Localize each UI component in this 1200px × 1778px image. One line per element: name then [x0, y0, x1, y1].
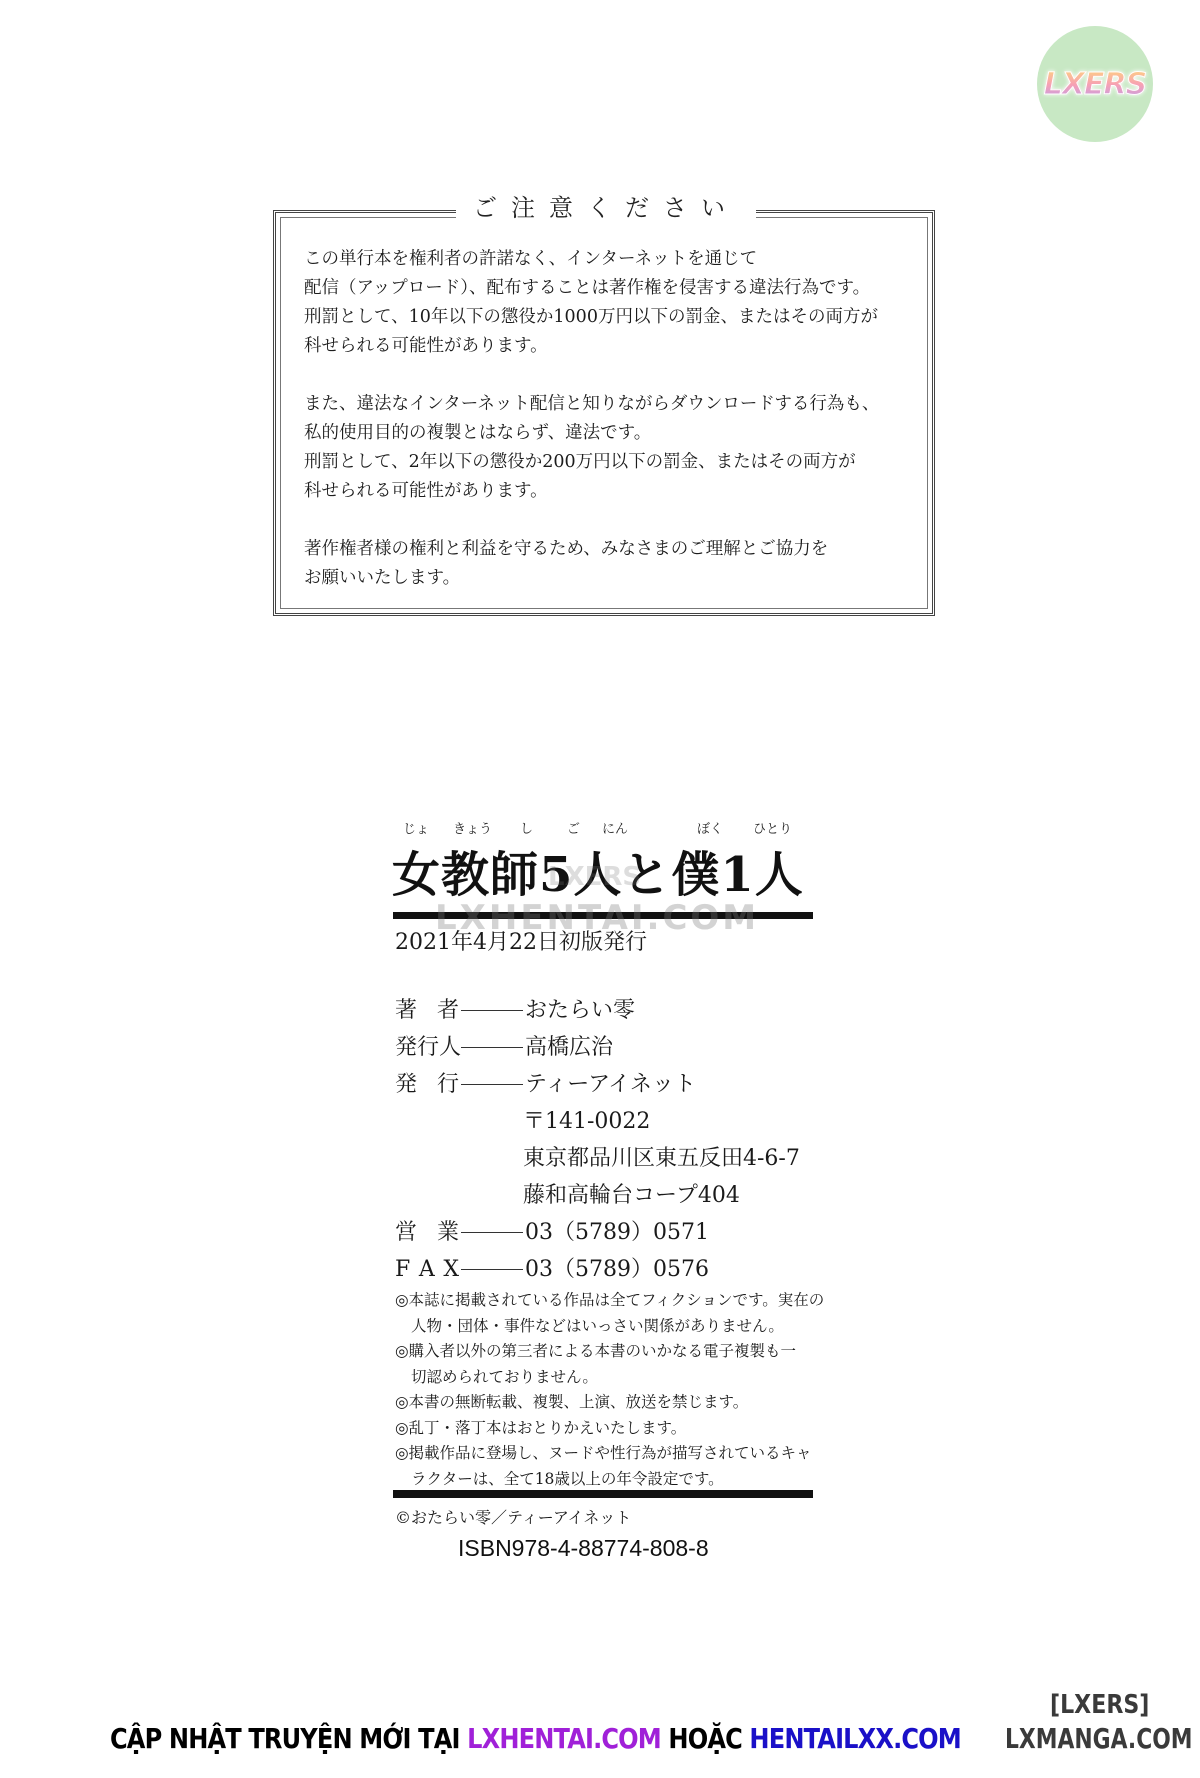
notice-line: 配信（アップロード）、配布することは著作権を侵害する違法行為です。 — [304, 274, 916, 303]
furigana-kyou: きょう — [453, 818, 492, 837]
notice-line: 著作権者様の権利と利益を守るため、みなさまのご理解とご協力を — [304, 535, 916, 564]
notice-paragraph-1: この単行本を権利者の許諾なく、インターネットを通じて 配信（アップロード）、配布… — [304, 245, 916, 361]
publisher-person-name: 高橋広治 — [525, 1029, 613, 1066]
isbn: ISBN978-4-88774-808-8 — [458, 1535, 709, 1562]
notice-line: 刑罰として、10年以下の懲役か1000万円以下の罰金、またはその両方が — [304, 303, 916, 332]
fax-row: FAX 03（5789）0576 — [395, 1251, 800, 1288]
corner-site-watermark: LXMANGA.COM — [1005, 1722, 1193, 1755]
banner-link-hentailxx[interactable]: HENTAILXX.COM — [749, 1722, 960, 1755]
publisher-row: 発行 ティーアイネット — [395, 1066, 800, 1103]
notice-line: この単行本を権利者の許諾なく、インターネットを通じて — [304, 245, 916, 274]
note-line: 人物・団体・事件などはいっさい関係がありません。 — [395, 1314, 824, 1340]
furigana-jo: じょ — [403, 818, 429, 837]
furigana-hitori: ひとり — [753, 818, 792, 837]
dash-divider — [461, 1047, 523, 1048]
fax-number: 03（5789）0576 — [525, 1251, 709, 1288]
promo-banner: CẬP NHẬT TRUYỆN MỚI TẠI LXHENTAI.COM HOẶ… — [110, 1722, 961, 1755]
title-furigana: じょ きょう し ご にん ぼく ひとり — [395, 818, 825, 836]
notice-line: 刑罰として、2年以下の懲役か200万円以下の罰金、またはその両方が — [304, 448, 916, 477]
logo-text: LXERS — [1044, 67, 1146, 102]
note-line: 切認められておりません。 — [395, 1365, 824, 1391]
notice-paragraph-2: また、違法なインターネット配信と知りながらダウンロードする行為も、 私的使用目的… — [304, 390, 916, 506]
copyright-line: ©おたらい零／ティーアイネット — [395, 1505, 631, 1528]
notice-title: ご注意ください — [456, 191, 756, 225]
note-line: ラクターは、全て18歳以上の年令設定です。 — [395, 1467, 824, 1493]
dash-divider — [461, 1010, 523, 1011]
publisher-person-label: 発行人 — [395, 1029, 459, 1066]
author-name: おたらい零 — [525, 992, 635, 1029]
copyright-notice-box: ご注意ください この単行本を権利者の許諾なく、インターネットを通じて 配信（アッ… — [273, 210, 935, 616]
legal-notes: ◎本誌に掲載されている作品は全てフィクションです。実在の 人物・団体・事件などは… — [395, 1288, 824, 1492]
furigana-shi: し — [520, 818, 533, 837]
dash-divider — [461, 1232, 523, 1233]
banner-link-lxhentai[interactable]: LXHENTAI.COM — [467, 1722, 661, 1755]
note-line: ◎乱丁・落丁本はおとりかえいたします。 — [395, 1416, 824, 1442]
address-line-1: 東京都品川区東五反田4-6-7 — [395, 1140, 800, 1177]
sales-phone: 03（5789）0571 — [525, 1214, 709, 1251]
fax-label: FAX — [395, 1251, 459, 1288]
note-line: ◎本誌に掲載されている作品は全てフィクションです。実在の — [395, 1288, 824, 1314]
dash-divider — [461, 1084, 523, 1085]
dash-divider — [461, 1269, 523, 1270]
author-label: 著者 — [395, 992, 459, 1029]
sales-row: 営業 03（5789）0571 — [395, 1214, 800, 1251]
note-line: ◎掲載作品に登場し、ヌードや性行為が描写されているキャ — [395, 1441, 824, 1467]
furigana-go: ご — [567, 818, 580, 837]
sales-label: 営業 — [395, 1214, 459, 1251]
author-row: 著者 おたらい零 — [395, 992, 800, 1029]
banner-prefix: CẬP NHẬT TRUYỆN MỚI TẠI — [110, 1722, 467, 1755]
furigana-boku: ぼく — [697, 818, 723, 837]
notice-body: この単行本を権利者の許諾なく、インターネットを通じて 配信（アップロード）、配布… — [304, 245, 916, 622]
publisher-person-row: 発行人 高橋広治 — [395, 1029, 800, 1066]
furigana-nin: にん — [602, 818, 628, 837]
note-line: ◎本書の無断転載、複製、上演、放送を禁じます。 — [395, 1390, 824, 1416]
publisher-name: ティーアイネット — [525, 1066, 696, 1103]
notice-line: お願いいたします。 — [304, 564, 916, 593]
notice-line: 科せられる可能性があります。 — [304, 477, 916, 506]
watermark-lxers: LXERS — [548, 862, 641, 892]
postal-code: 〒141-0022 — [395, 1103, 800, 1140]
notice-paragraph-3: 著作権者様の権利と利益を守るため、みなさまのご理解とご協力を お願いいたします。 — [304, 535, 916, 593]
publication-date: 2021年4月22日初版発行 — [395, 925, 647, 956]
credits-block: 著者 おたらい零 発行人 高橋広治 発行 ティーアイネット 〒141-0022 … — [395, 992, 800, 1288]
note-line: ◎購入者以外の第三者による本書のいかなる電子複製も一 — [395, 1339, 824, 1365]
corner-brand-watermark: [LXERS] — [1050, 1690, 1149, 1720]
notice-line: 科せられる可能性があります。 — [304, 332, 916, 361]
lxers-logo: LXERS — [1037, 26, 1153, 142]
notice-line: また、違法なインターネット配信と知りながらダウンロードする行為も、 — [304, 390, 916, 419]
address-line-2: 藤和高輪台コープ404 — [395, 1177, 800, 1214]
banner-middle: HOẶC — [661, 1722, 750, 1755]
notes-rule — [393, 1490, 813, 1498]
publisher-label: 発行 — [395, 1066, 459, 1103]
notice-line: 私的使用目的の複製とはならず、違法です。 — [304, 419, 916, 448]
